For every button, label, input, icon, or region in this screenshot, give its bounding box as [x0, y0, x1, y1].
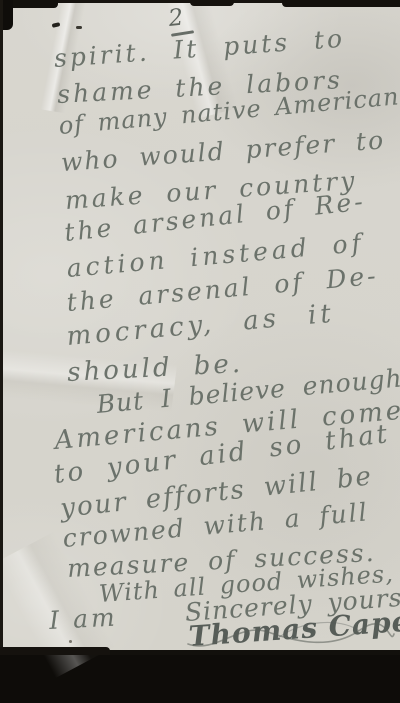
photo-edge-top-right [282, 0, 400, 7]
photo-edge-left [0, 0, 3, 655]
photo-edge-top-mid [190, 0, 234, 6]
handwritten-line: spirit. It puts to [53, 24, 346, 73]
ink-speck [69, 640, 72, 643]
ink-speck [76, 26, 82, 29]
closing-i-am: I am [48, 602, 118, 635]
photo-edge-top-left [0, 0, 58, 8]
photo-edge-top [0, 0, 400, 3]
letter-page: 2 spirit. It puts to shame the labors of… [0, 0, 400, 655]
ink-speck [52, 22, 61, 28]
photo-edge-bottom-left [0, 647, 110, 655]
photo-edge-corner [0, 0, 13, 30]
page-number: 2 [167, 5, 184, 32]
